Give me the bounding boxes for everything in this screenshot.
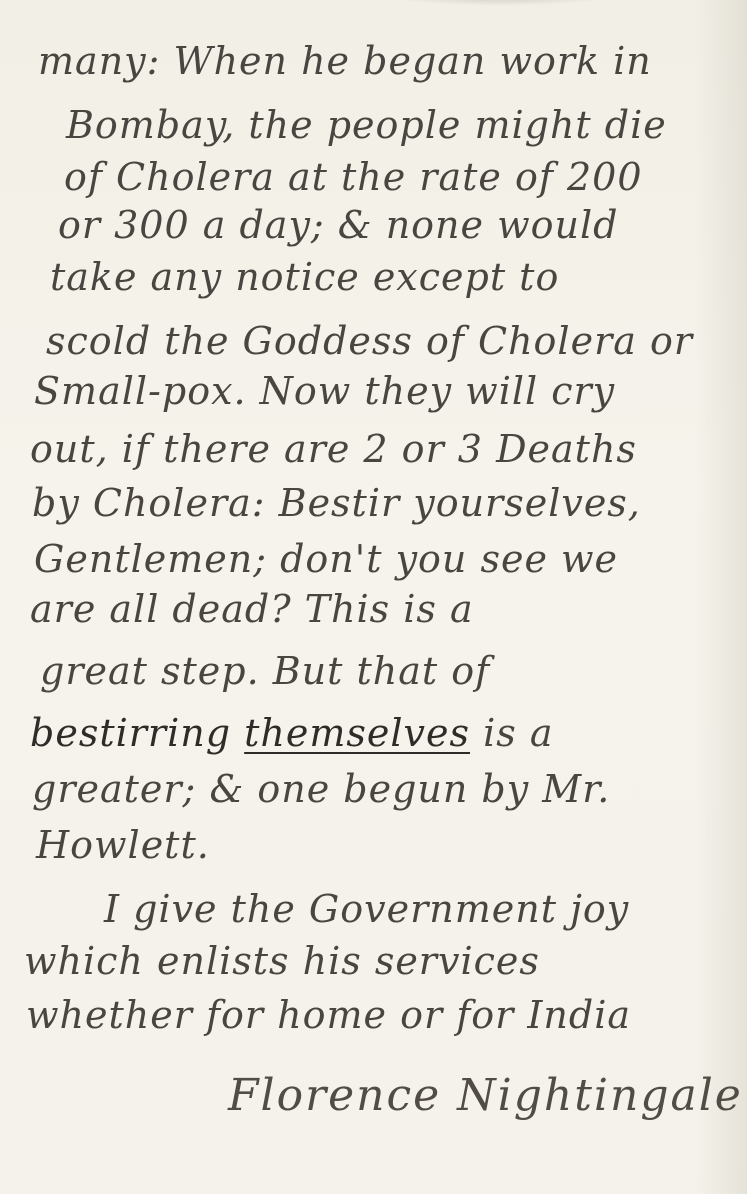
- letter-line-17: which enlists his services: [24, 942, 540, 980]
- letter-line-13: bestirring themselves is a: [30, 714, 553, 752]
- letter-line-14: greater; & one begun by Mr.: [32, 770, 610, 808]
- letter-line-7: Small-pox. Now they will cry: [34, 372, 615, 410]
- letter-page: many: When he began work in Bombay, the …: [0, 0, 747, 1194]
- letter-line-12: great step. But that of: [40, 652, 490, 690]
- letter-line-5: take any notice except to: [50, 258, 559, 296]
- letter-line-18: whether for home or for India: [26, 996, 631, 1034]
- letter-line-9: by Cholera: Bestir yourselves,: [32, 484, 641, 522]
- letter-line-3: of Cholera at the rate of 200: [64, 158, 643, 196]
- underlined-word-themselves: themselves: [244, 711, 470, 755]
- word-is-a: is a: [483, 711, 553, 755]
- letter-line-16: I give the Government joy: [104, 890, 629, 928]
- letter-line-8: out, if there are 2 or 3 Deaths: [30, 430, 637, 468]
- letter-line-2: Bombay, the people might die: [66, 106, 667, 144]
- letter-line-1: many: When he began work in: [38, 42, 652, 80]
- letter-line-4: or 300 a day; & none would: [58, 206, 618, 244]
- word-bestirring: bestirring: [30, 711, 231, 755]
- signature: Florence Nightingale: [228, 1074, 743, 1118]
- letter-line-10: Gentlemen; don't you see we: [34, 540, 618, 578]
- letter-line-11: are all dead? This is a: [30, 590, 474, 628]
- letter-line-6: scold the Goddess of Cholera or: [46, 322, 693, 360]
- page-fold-shadow: [380, 0, 620, 6]
- letter-line-15: Howlett.: [36, 826, 210, 864]
